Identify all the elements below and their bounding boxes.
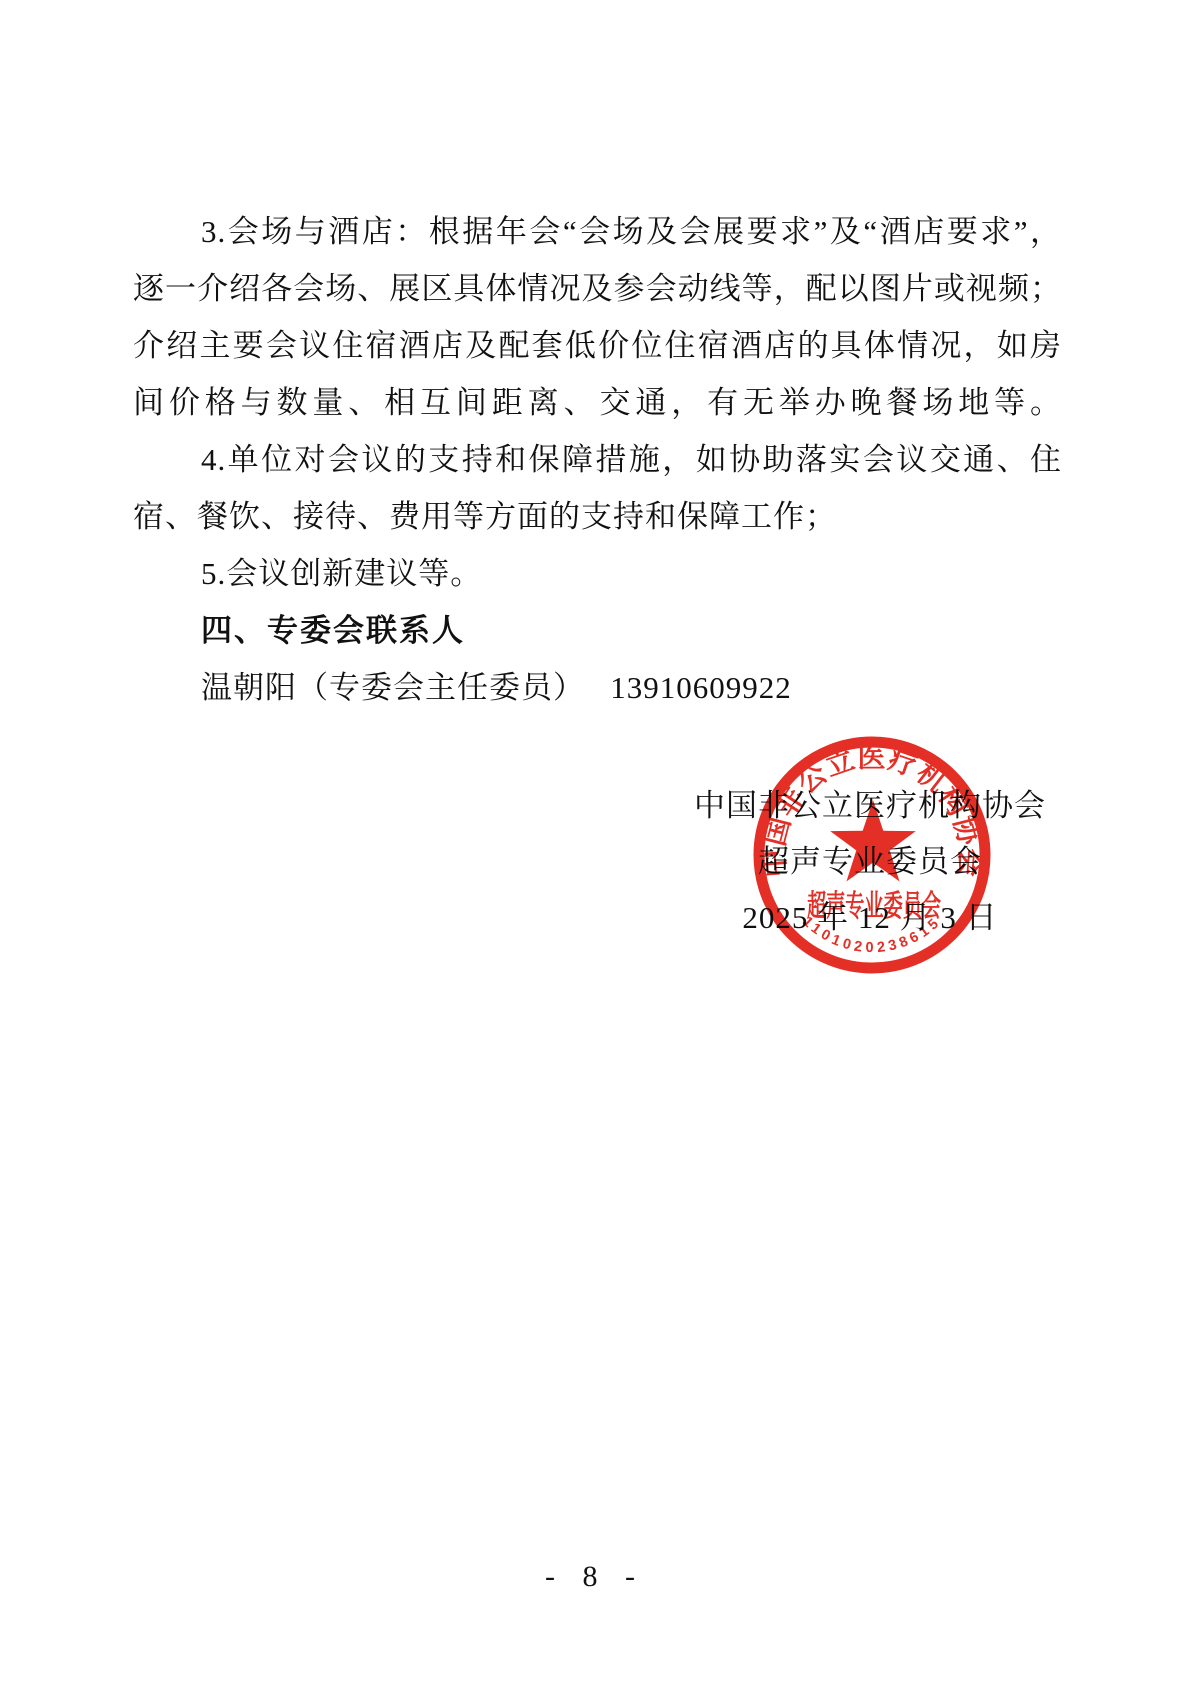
paragraph-line: 宿、餐饮、接待、费用等方面的支持和保障工作； [133,488,1062,545]
paragraph-line: 4.单位对会议的支持和保障措施，如协助落实会议交通、住 [133,431,1062,488]
document-page: 3.会场与酒店：根据年会“会场及会展要求”及“酒店要求”， 逐一介绍各会场、展区… [0,0,1190,1684]
paragraph-line: 逐一介绍各会场、展区具体情况及参会动线等，配以图片或视频； [133,260,1062,317]
section-heading: 四、专委会联系人 [133,602,1062,659]
page-number: - 8 - [0,1560,1190,1594]
signature-org-line2: 超声专业委员会 [620,834,1120,890]
body-text-block: 3.会场与酒店：根据年会“会场及会展要求”及“酒店要求”， 逐一介绍各会场、展区… [133,203,1062,716]
paragraph-line: 5.会议创新建议等。 [133,545,1062,602]
paragraph-line: 介绍主要会议住宿酒店及配套低价位住宿酒店的具体情况，如房 [133,317,1062,374]
paragraph-line: 间价格与数量、相互间距离、交通，有无举办晚餐场地等。 [133,374,1062,431]
signature-block: 中国非公立医疗机构协会 超声专业委员会 2025 年 12 月 3 日 [620,778,1120,946]
contact-line: 温朝阳（专委会主任委员） 13910609922 [133,659,1062,716]
signature-org-line1: 中国非公立医疗机构协会 [620,778,1120,834]
signature-date: 2025 年 12 月 3 日 [620,890,1120,946]
paragraph-line: 3.会场与酒店：根据年会“会场及会展要求”及“酒店要求”， [133,203,1062,260]
